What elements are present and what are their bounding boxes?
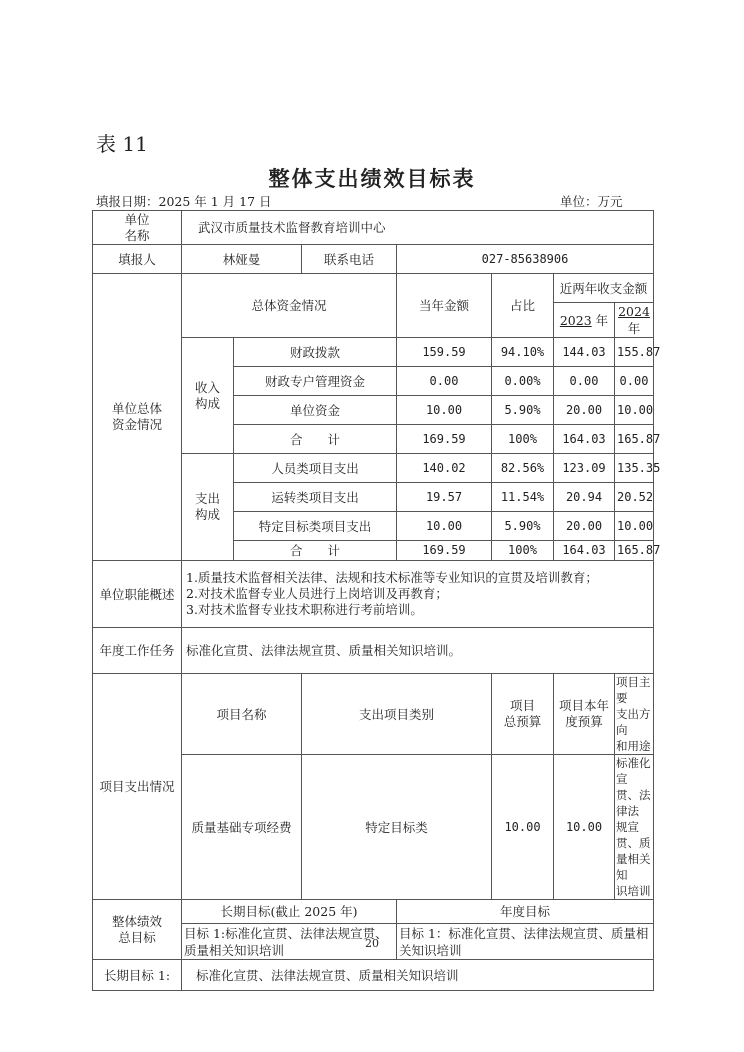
unit-name-row: 单位名称 武汉市质量技术监督教育培训中心 xyxy=(93,211,654,245)
amount-2023: 164.03 xyxy=(554,541,615,561)
income-item-name: 单位资金 xyxy=(234,396,397,425)
funds-section-label: 单位总体资金情况 xyxy=(93,274,182,561)
ratio: 100% xyxy=(492,541,554,561)
current-amount: 169.59 xyxy=(397,425,492,454)
project-usage-header: 项目主要支出方向和用途 xyxy=(615,674,654,755)
year-2024-header: 2024 年 xyxy=(615,303,654,338)
project-annual-budget: 10.00 xyxy=(554,755,615,900)
project-name: 质量基础专项经费 xyxy=(182,755,302,900)
current-amount: 10.00 xyxy=(397,396,492,425)
ratio-header: 占比 xyxy=(492,274,554,338)
amount-2023: 20.94 xyxy=(554,483,615,512)
long-term-goal-1-value: 标准化宣贯、法律法规宣贯、质量相关知识培训 xyxy=(182,960,654,991)
overall-funds-header: 总体资金情况 xyxy=(182,274,397,338)
unit-name-value: 武汉市质量技术监督教育培训中心 xyxy=(182,211,654,245)
expense-item-name: 人员类项目支出 xyxy=(234,454,397,483)
ratio: 94.10% xyxy=(492,338,554,367)
current-amount: 19.57 xyxy=(397,483,492,512)
page-number: 20 xyxy=(0,937,744,950)
annual-task-row: 年度工作任务 标准化宣贯、法律法规宣贯、质量相关知识培训。 xyxy=(93,628,654,674)
table-number: 表 11 xyxy=(96,128,148,157)
project-total-budget: 10.00 xyxy=(492,755,554,900)
filler-row: 填报人 林娅曼 联系电话 027-85638906 xyxy=(93,245,654,274)
project-category-header: 支出项目类别 xyxy=(302,674,492,755)
expense-item-name: 特定目标类项目支出 xyxy=(234,512,397,541)
current-amount: 159.59 xyxy=(397,338,492,367)
amount-2023: 144.03 xyxy=(554,338,615,367)
function-item: 1.质量技术监督相关法律、法规和技术标准等专业知识的宣贯及培训教育； xyxy=(186,570,651,586)
expense-label: 支出构成 xyxy=(182,454,234,561)
current-amount: 169.59 xyxy=(397,541,492,561)
project-annual-budget-header: 项目本年度预算 xyxy=(554,674,615,755)
amount-2023: 20.00 xyxy=(554,396,615,425)
amount-2024: 0.00 xyxy=(615,367,654,396)
year-2023-header: 2023 年 xyxy=(554,303,615,338)
expense-total-label: 合 计 xyxy=(234,541,397,561)
current-amount-header-cell: 当年金额 xyxy=(397,274,492,338)
currency-unit: 单位：万元 xyxy=(560,192,623,210)
annual-task-label: 年度工作任务 xyxy=(93,628,182,674)
phone-value: 027-85638906 xyxy=(397,245,654,274)
amount-2024: 155.87 xyxy=(615,338,654,367)
ratio: 11.54% xyxy=(492,483,554,512)
projects-header-row: 项目支出情况 项目名称 支出项目类别 项目总预算 项目本年度预算 项目主要支出方… xyxy=(93,674,654,755)
amount-2024: 165.87 xyxy=(615,425,654,454)
long-term-goal-header: 长期目标(截止 2025 年) xyxy=(182,900,397,924)
amount-2024: 10.00 xyxy=(615,512,654,541)
project-name-header: 项目名称 xyxy=(182,674,302,755)
filler-value: 林娅曼 xyxy=(182,245,302,274)
functions-label: 单位职能概述 xyxy=(93,561,182,628)
amount-2024: 10.00 xyxy=(615,396,654,425)
income-label: 收入构成 xyxy=(182,338,234,454)
functions-list: 1.质量技术监督相关法律、法规和技术标准等专业知识的宣贯及培训教育； 2.对技术… xyxy=(182,561,654,628)
functions-row: 单位职能概述 1.质量技术监督相关法律、法规和技术标准等专业知识的宣贯及培训教育… xyxy=(93,561,654,628)
function-item: 2.对技术监督专业人员进行上岗培训及再教育； xyxy=(186,586,651,602)
amount-2024: 135.35 xyxy=(615,454,654,483)
recent-years-header: 近两年收支金额 xyxy=(554,274,654,303)
function-item: 3.对技术监督专业技术职称进行考前培训。 xyxy=(186,602,651,618)
amount-2023: 123.09 xyxy=(554,454,615,483)
current-amount: 10.00 xyxy=(397,512,492,541)
amount-2023: 20.00 xyxy=(554,512,615,541)
expense-item-name: 运转类项目支出 xyxy=(234,483,397,512)
page-title: 整体支出绩效目标表 xyxy=(0,163,744,193)
filler-label: 填报人 xyxy=(93,245,182,274)
annual-task-value: 标准化宣贯、法律法规宣贯、质量相关知识培训。 xyxy=(182,628,654,674)
income-item-name: 财政专户管理资金 xyxy=(234,367,397,396)
ratio: 100% xyxy=(492,425,554,454)
amount-2023: 164.03 xyxy=(554,425,615,454)
goals-header-row: 整体绩效总目标 长期目标(截止 2025 年) 年度目标 xyxy=(93,900,654,924)
long-term-goal-1-row: 长期目标 1: 标准化宣贯、法律法规宣贯、质量相关知识培训 xyxy=(93,960,654,991)
project-category: 特定目标类 xyxy=(302,755,492,900)
amount-2024: 165.87 xyxy=(615,541,654,561)
ratio: 0.00% xyxy=(492,367,554,396)
ratio: 82.56% xyxy=(492,454,554,483)
funds-header-row: 单位总体资金情况 总体资金情况 当年金额 占比 近两年收支金额 xyxy=(93,274,654,303)
amount-2024: 20.52 xyxy=(615,483,654,512)
performance-goal-table: 单位名称 武汉市质量技术监督教育培训中心 填报人 林娅曼 联系电话 027-85… xyxy=(92,210,654,991)
income-total-label: 合 计 xyxy=(234,425,397,454)
ratio: 5.90% xyxy=(492,512,554,541)
projects-label: 项目支出情况 xyxy=(93,674,182,900)
overall-goals-label: 整体绩效总目标 xyxy=(93,900,182,960)
income-item-name: 财政拨款 xyxy=(234,338,397,367)
current-amount: 0.00 xyxy=(397,367,492,396)
unit-name-label: 单位名称 xyxy=(93,211,182,245)
ratio: 5.90% xyxy=(492,396,554,425)
phone-label: 联系电话 xyxy=(302,245,397,274)
current-amount: 140.02 xyxy=(397,454,492,483)
long-term-goal-1-label: 长期目标 1: xyxy=(93,960,182,991)
annual-goal-header: 年度目标 xyxy=(397,900,654,924)
project-total-budget-header: 项目总预算 xyxy=(492,674,554,755)
amount-2023: 0.00 xyxy=(554,367,615,396)
project-usage: 标准化宣 贯、法律法 规宣贯、质 量相关知 识培训 xyxy=(615,755,654,900)
fill-date: 填报日期：2025 年 1 月 17 日 xyxy=(96,192,272,210)
